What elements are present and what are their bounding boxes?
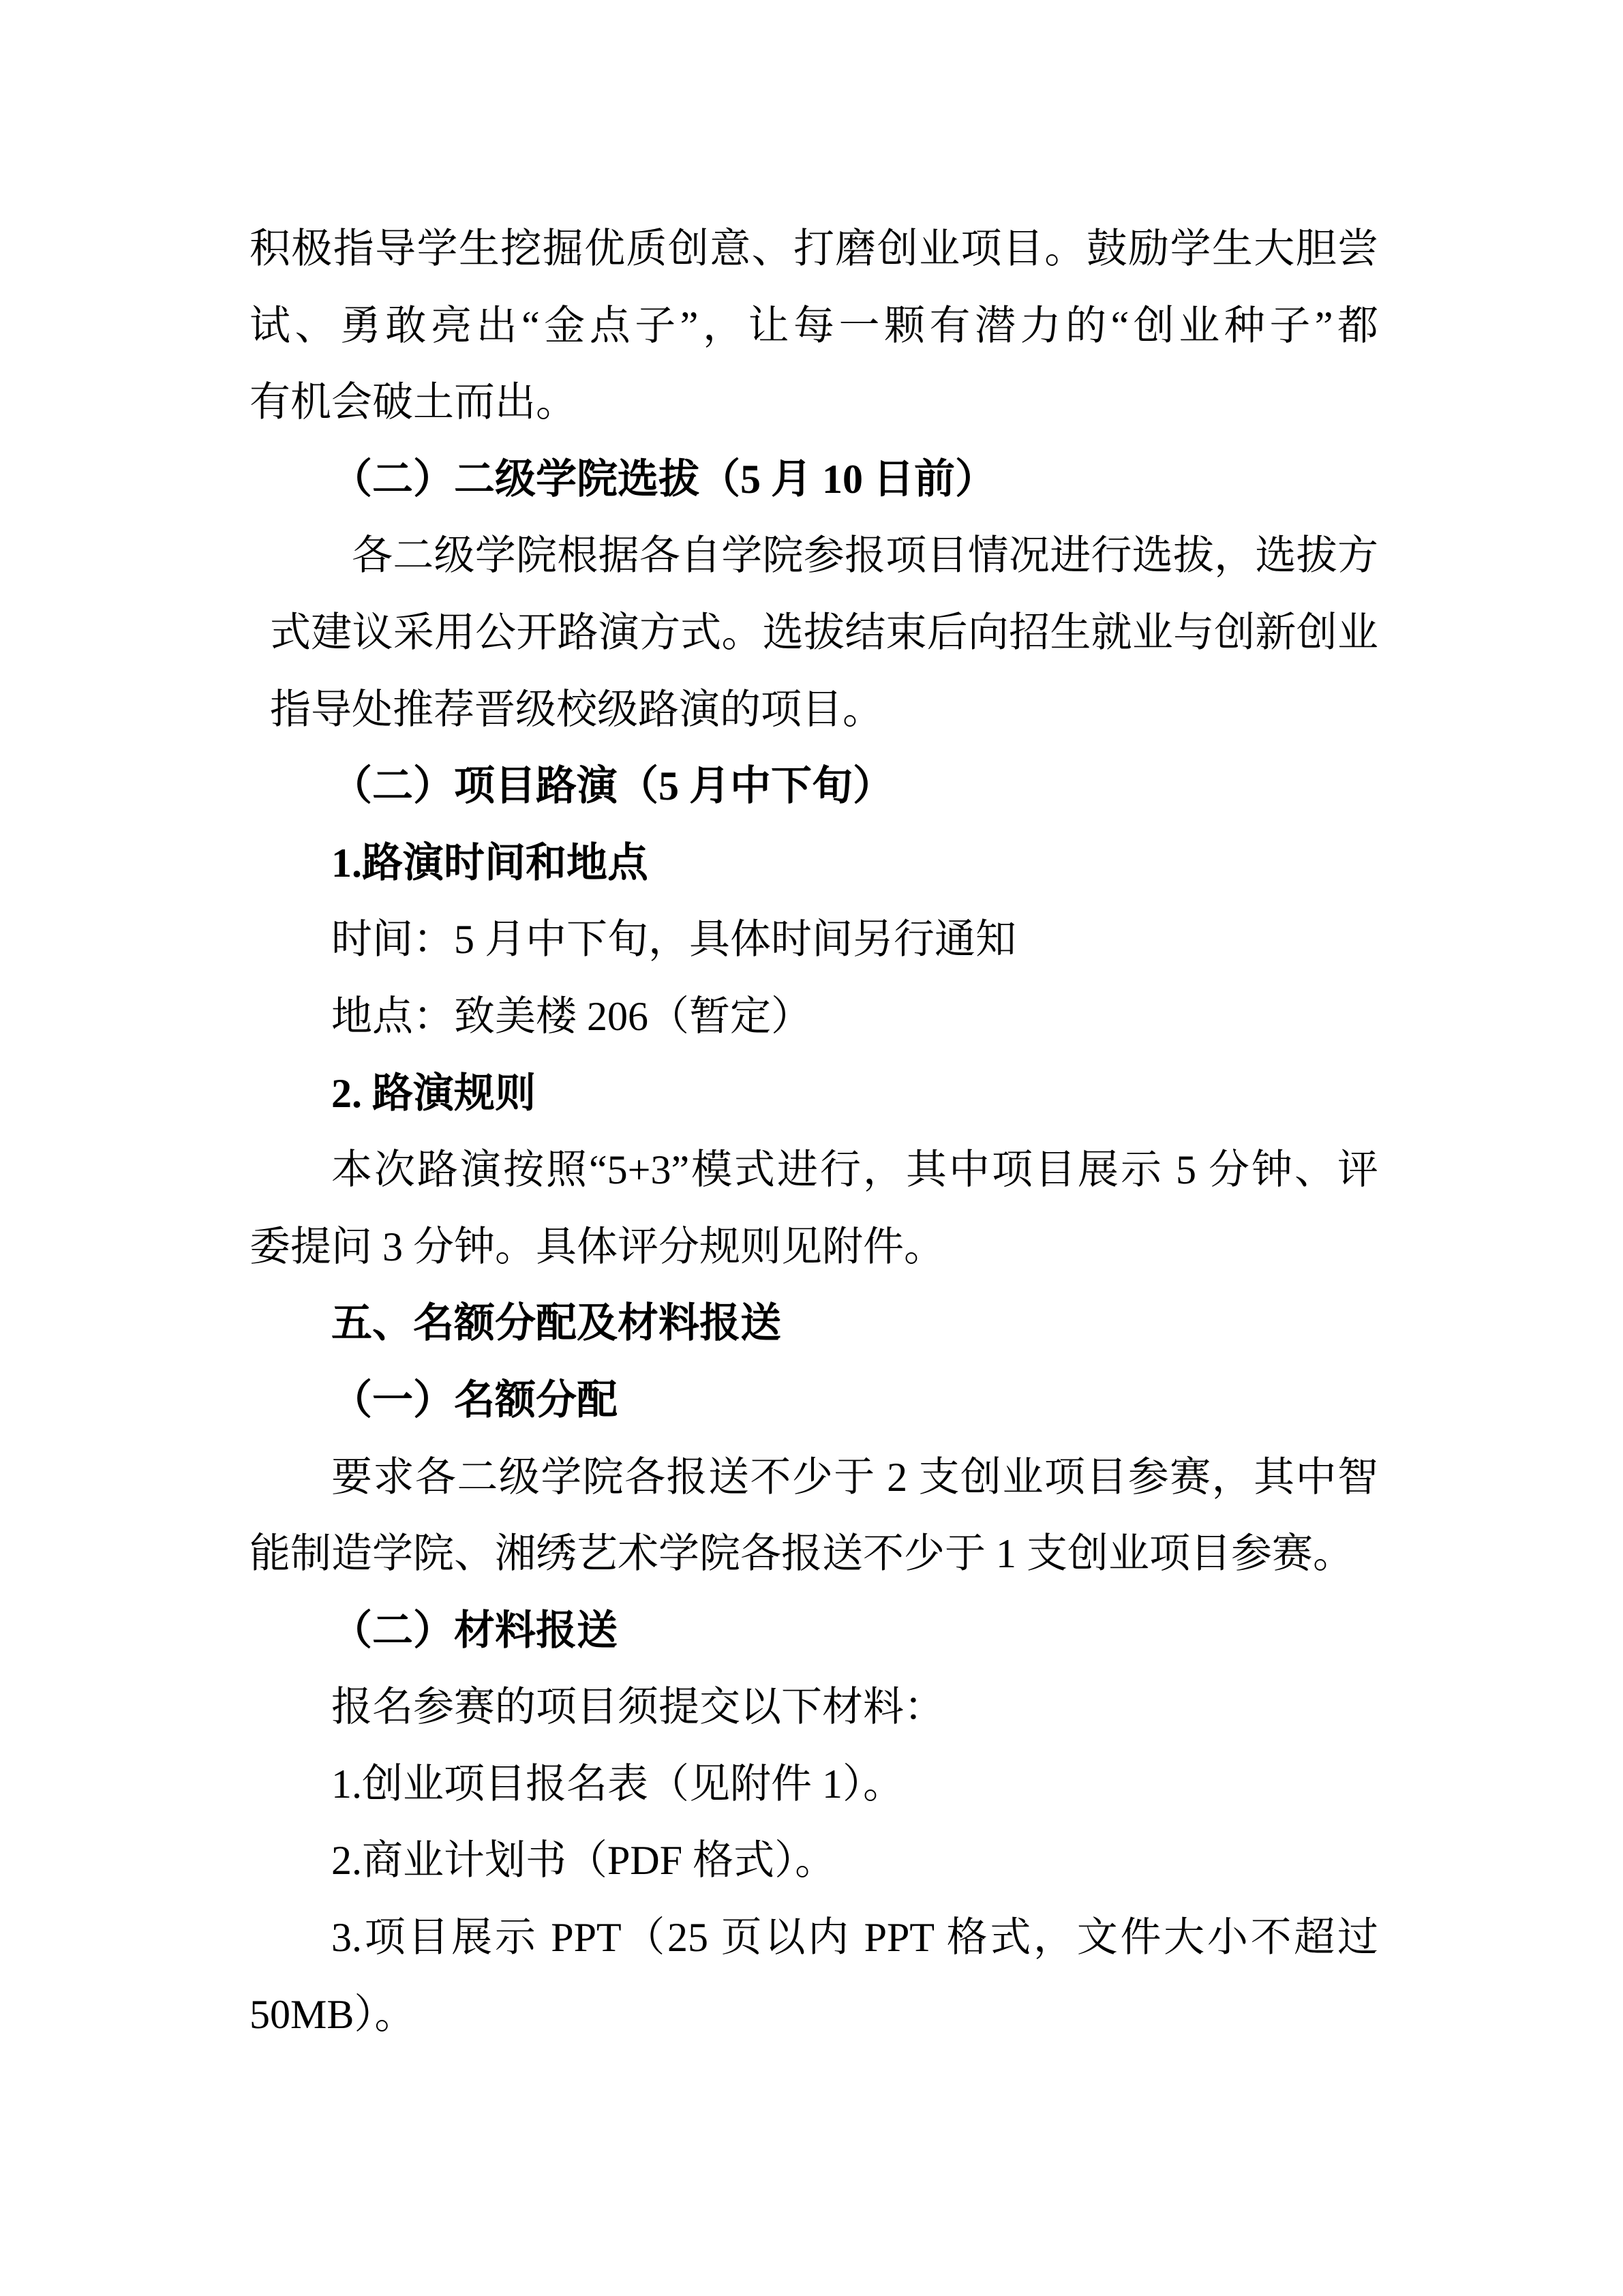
list-item-line: 2.商业计划书（PDF 格式）。 bbox=[249, 1822, 1378, 1899]
chapter-heading: 五、名额分配及材料报送 bbox=[249, 1285, 1378, 1362]
sub-heading: 2. 路演规则 bbox=[249, 1055, 1378, 1132]
section-heading: （二）二级学院选拔（5 月 10 日前） bbox=[249, 441, 1378, 518]
list-item-line: 3.项目展示 PPT（25 页以内 PPT 格式，文件大小不超过 bbox=[249, 1899, 1378, 1976]
paragraph-line: 式建议采用公开路演方式。选拔结束后向招生就业与创新创业 bbox=[270, 594, 1378, 671]
paragraph-line: 指导处推荐晋级校级路演的项目。 bbox=[270, 671, 1378, 749]
section-heading: （一）名额分配 bbox=[249, 1362, 1378, 1439]
paragraph-line: 能制造学院、湘绣艺术学院各报送不少于 1 支创业项目参赛。 bbox=[249, 1515, 1378, 1592]
paragraph-line: 地点：致美楼 206（暂定） bbox=[249, 978, 1378, 1055]
paragraph-line: 要求各二级学院各报送不少于 2 支创业项目参赛，其中智 bbox=[249, 1439, 1378, 1516]
section-heading: （二）项目路演（5 月中下旬） bbox=[249, 748, 1378, 825]
section-heading: （二）材料报送 bbox=[249, 1592, 1378, 1670]
list-item-line: 50MB）。 bbox=[249, 1976, 1378, 2053]
paragraph-line: 有机会破土而出。 bbox=[249, 364, 1378, 441]
paragraph-line: 本次路演按照“5+3”模式进行，其中项目展示 5 分钟、评 bbox=[249, 1132, 1378, 1209]
list-item-line: 1.创业项目报名表（见附件 1）。 bbox=[249, 1746, 1378, 1823]
paragraph-line: 报名参赛的项目须提交以下材料： bbox=[249, 1669, 1378, 1746]
page-content: 积极指导学生挖掘优质创意、打磨创业项目。鼓励学生大胆尝 试、勇敢亮出“金点子”，… bbox=[249, 211, 1378, 2053]
paragraph-line: 各二级学院根据各自学院参报项目情况进行选拔，选拔方 bbox=[270, 517, 1378, 594]
sub-heading: 1.路演时间和地点 bbox=[249, 825, 1378, 902]
paragraph-line: 时间：5 月中下旬，具体时间另行通知 bbox=[249, 901, 1378, 978]
paragraph-line: 试、勇敢亮出“金点子”，让每一颗有潜力的“创业种子”都 bbox=[249, 288, 1378, 365]
paragraph-line: 积极指导学生挖掘优质创意、打磨创业项目。鼓励学生大胆尝 bbox=[249, 211, 1378, 288]
document-page: 积极指导学生挖掘优质创意、打磨创业项目。鼓励学生大胆尝 试、勇敢亮出“金点子”，… bbox=[0, 0, 1623, 2296]
paragraph-line: 委提问 3 分钟。具体评分规则见附件。 bbox=[249, 1209, 1378, 1286]
